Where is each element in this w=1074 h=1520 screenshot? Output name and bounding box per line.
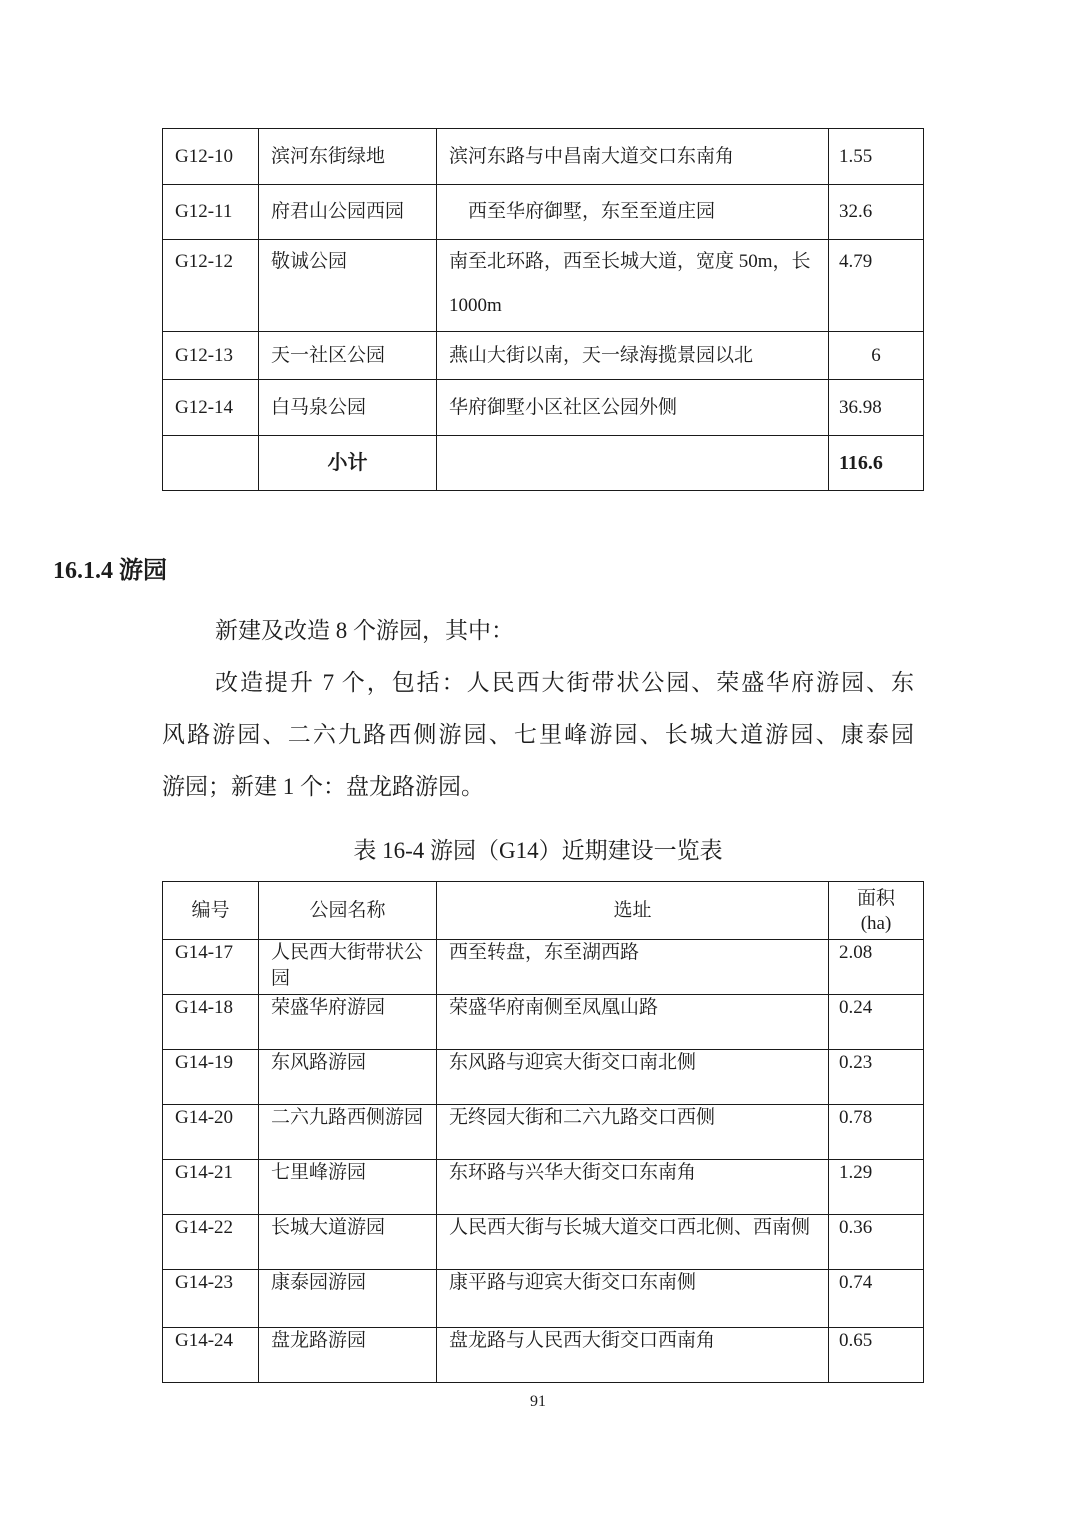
- table-row: G14-21 七里峰游园 东环路与兴华大街交口东南角 1.29: [163, 1160, 924, 1215]
- section-heading: 16.1.4 游园: [0, 545, 1074, 597]
- park-id-cell: G12-12: [163, 240, 259, 332]
- table-row: G12-11 府君山公园西园 西至华府御墅，东至至道庄园 32.6: [163, 185, 924, 240]
- park-name-cell: 府君山公园西园: [259, 185, 437, 240]
- park-name-cell: 二六九路西侧游园: [259, 1105, 437, 1160]
- park-id-cell: G14-23: [163, 1270, 259, 1328]
- table-row: G12-13 天一社区公园 燕山大街以南，天一绿海揽景园以北 6: [163, 332, 924, 380]
- park-id-cell: G14-18: [163, 995, 259, 1050]
- park-area-cell: 32.6: [829, 185, 924, 240]
- park-area-cell: 0.36: [829, 1215, 924, 1270]
- header-area-cell: 面积 (ha): [829, 882, 924, 940]
- park-id-cell: G14-21: [163, 1160, 259, 1215]
- table-row: G14-18 荣盛华府游园 荣盛华府南侧至凤凰山路 0.24: [163, 995, 924, 1050]
- park-site-cell: 东环路与兴华大街交口东南角: [437, 1160, 829, 1215]
- park-area-cell: 0.23: [829, 1050, 924, 1105]
- table-header-row: 编号 公园名称 选址 面积 (ha): [163, 882, 924, 940]
- paragraph-line: 风路游园、二六九路西侧游园、七里峰游园、长城大道游园、康泰园: [162, 709, 914, 761]
- g14-parks-table: 编号 公园名称 选址 面积 (ha) G14-17 人民西大街带状公园 西至转盘…: [162, 881, 924, 1383]
- park-site-cell: 人民西大街与长城大道交口西北侧、西南侧: [437, 1215, 829, 1270]
- table-row: G12-12 敬诚公园 南至北环路，西至长城大道，宽度 50m，长 1000m …: [163, 240, 924, 332]
- park-site-cell: 无终园大街和二六九路交口西侧: [437, 1105, 829, 1160]
- park-area-cell: 4.79: [829, 240, 924, 332]
- park-site-cell: 东风路与迎宾大街交口南北侧: [437, 1050, 829, 1105]
- park-area-cell: 2.08: [829, 940, 924, 995]
- page-number: 91: [162, 1391, 914, 1413]
- park-id-cell: G14-22: [163, 1215, 259, 1270]
- park-site-cell: 康平路与迎宾大街交口东南侧: [437, 1270, 829, 1328]
- empty-cell: [163, 436, 259, 491]
- park-site-cell: 华府御墅小区社区公园外侧: [437, 380, 829, 436]
- park-id-cell: G14-24: [163, 1328, 259, 1383]
- park-name-cell: 荣盛华府游园: [259, 995, 437, 1050]
- park-name-cell: 盘龙路游园: [259, 1328, 437, 1383]
- park-id-cell: G14-20: [163, 1105, 259, 1160]
- park-name-cell: 东风路游园: [259, 1050, 437, 1105]
- park-name-cell: 人民西大街带状公园: [259, 940, 437, 995]
- park-id-cell: G14-19: [163, 1050, 259, 1105]
- park-name-cell: 敬诚公园: [259, 240, 437, 332]
- park-id-cell: G12-14: [163, 380, 259, 436]
- paragraph-line: 新建及改造 8 个游园，其中：: [162, 605, 914, 657]
- header-id-cell: 编号: [163, 882, 259, 940]
- empty-cell: [437, 436, 829, 491]
- park-area-cell: 0.24: [829, 995, 924, 1050]
- table-row: G14-17 人民西大街带状公园 西至转盘，东至湖西路 2.08: [163, 940, 924, 995]
- park-site-cell: 盘龙路与人民西大街交口西南角: [437, 1328, 829, 1383]
- park-area-cell: 1.55: [829, 129, 924, 185]
- park-name-cell: 康泰园游园: [259, 1270, 437, 1328]
- table-row: G14-19 东风路游园 东风路与迎宾大街交口南北侧 0.23: [163, 1050, 924, 1105]
- subtotal-value-cell: 116.6: [829, 436, 924, 491]
- document-page: G12-10 滨河东街绿地 滨河东路与中昌南大道交口东南角 1.55 G12-1…: [0, 0, 1074, 1520]
- park-name-cell: 天一社区公园: [259, 332, 437, 380]
- park-area-cell: 36.98: [829, 380, 924, 436]
- subtotal-label-cell: 小计: [259, 436, 437, 491]
- table-row: G14-23 康泰园游园 康平路与迎宾大街交口东南侧 0.74: [163, 1270, 924, 1328]
- park-id-cell: G12-13: [163, 332, 259, 380]
- paragraph-line: 游园；新建 1 个：盘龙路游园。: [162, 761, 914, 813]
- park-id-cell: G12-11: [163, 185, 259, 240]
- g12-parks-table: G12-10 滨河东街绿地 滨河东路与中昌南大道交口东南角 1.55 G12-1…: [162, 128, 924, 491]
- header-area-line1: 面积: [841, 886, 911, 911]
- park-name-cell: 长城大道游园: [259, 1215, 437, 1270]
- park-site-cell: 西至转盘，东至湖西路: [437, 940, 829, 995]
- park-area-cell: 0.74: [829, 1270, 924, 1328]
- table-row: G12-10 滨河东街绿地 滨河东路与中昌南大道交口东南角 1.55: [163, 129, 924, 185]
- park-area-cell: 0.78: [829, 1105, 924, 1160]
- park-area-cell: 6: [829, 332, 924, 380]
- park-name-cell: 白马泉公园: [259, 380, 437, 436]
- paragraph-line: 改造提升 7 个，包括：人民西大街带状公园、荣盛华府游园、东: [162, 657, 914, 709]
- table-caption: 表 16-4 游园（G14）近期建设一览表: [162, 825, 914, 877]
- park-name-cell: 滨河东街绿地: [259, 129, 437, 185]
- park-site-cell: 西至华府御墅，东至至道庄园: [437, 185, 829, 240]
- header-name-cell: 公园名称: [259, 882, 437, 940]
- park-site-cell: 荣盛华府南侧至凤凰山路: [437, 995, 829, 1050]
- park-id-cell: G12-10: [163, 129, 259, 185]
- subtotal-row: 小计 116.6: [163, 436, 924, 491]
- park-id-cell: G14-17: [163, 940, 259, 995]
- header-site-cell: 选址: [437, 882, 829, 940]
- park-area-cell: 1.29: [829, 1160, 924, 1215]
- table-row: G14-22 长城大道游园 人民西大街与长城大道交口西北侧、西南侧 0.36: [163, 1215, 924, 1270]
- park-site-cell: 南至北环路，西至长城大道，宽度 50m，长 1000m: [437, 240, 829, 332]
- park-name-cell: 七里峰游园: [259, 1160, 437, 1215]
- section-body: 新建及改造 8 个游园，其中： 改造提升 7 个，包括：人民西大街带状公园、荣盛…: [162, 605, 914, 813]
- table-row: G14-24 盘龙路游园 盘龙路与人民西大街交口西南角 0.65: [163, 1328, 924, 1383]
- park-site-cell: 滨河东路与中昌南大道交口东南角: [437, 129, 829, 185]
- header-area-line2: (ha): [841, 911, 911, 936]
- table-row: G12-14 白马泉公园 华府御墅小区社区公园外侧 36.98: [163, 380, 924, 436]
- park-site-cell: 燕山大街以南，天一绿海揽景园以北: [437, 332, 829, 380]
- park-area-cell: 0.65: [829, 1328, 924, 1383]
- table-row: G14-20 二六九路西侧游园 无终园大街和二六九路交口西侧 0.78: [163, 1105, 924, 1160]
